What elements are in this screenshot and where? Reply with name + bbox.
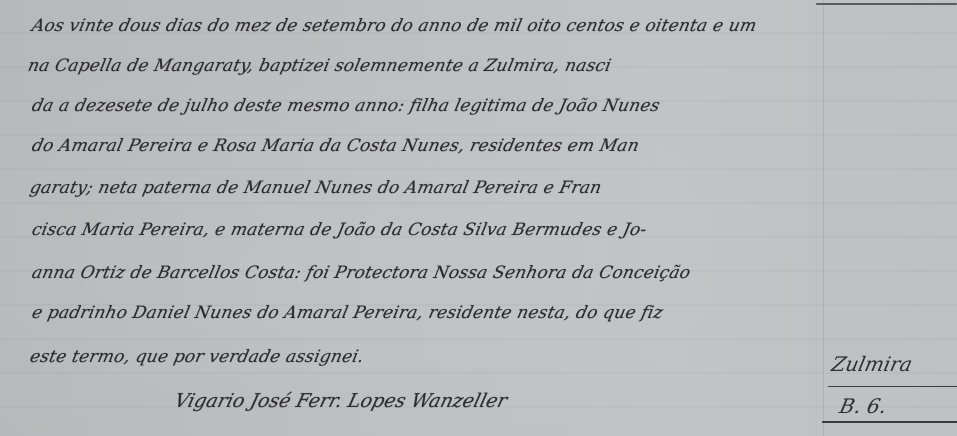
entry-line-2: na Capella de Mangaraty, baptizei solemn… [26, 56, 613, 76]
previous-entry-margin-rule [816, 3, 957, 5]
entry-line-5: garaty; neta paterna de Manuel Nunes do … [28, 178, 604, 198]
priest-signature: Vigario José Ferr. Lopes Wanzeller [172, 390, 509, 412]
entry-line-3: da a dezesete de julho deste mesmo anno:… [30, 96, 662, 116]
margin-double-underline [822, 421, 957, 423]
margin-child-name: Zulmira [829, 352, 914, 376]
entry-line-4: do Amaral Pereira e Rosa Maria da Costa … [30, 136, 641, 156]
entry-line-6: cisca Maria Pereira, e materna de João d… [30, 220, 649, 240]
next-entry-fragment: ... [40, 424, 540, 436]
margin-ruling-line [823, 0, 824, 436]
scanned-register-page: Aos vinte dous dias do mez de setembro d… [0, 0, 957, 436]
entry-line-8: e padrinho Daniel Nunes do Amaral Pereir… [30, 303, 665, 323]
margin-entry-code: B. 6. [837, 394, 889, 418]
margin-underline [828, 386, 957, 387]
entry-line-9: este termo, que por verdade assignei. [28, 347, 366, 367]
entry-line-7: anna Ortiz de Barcellos Costa: foi Prote… [30, 263, 692, 283]
entry-line-1: Aos vinte dous dias do mez de setembro d… [30, 16, 759, 36]
